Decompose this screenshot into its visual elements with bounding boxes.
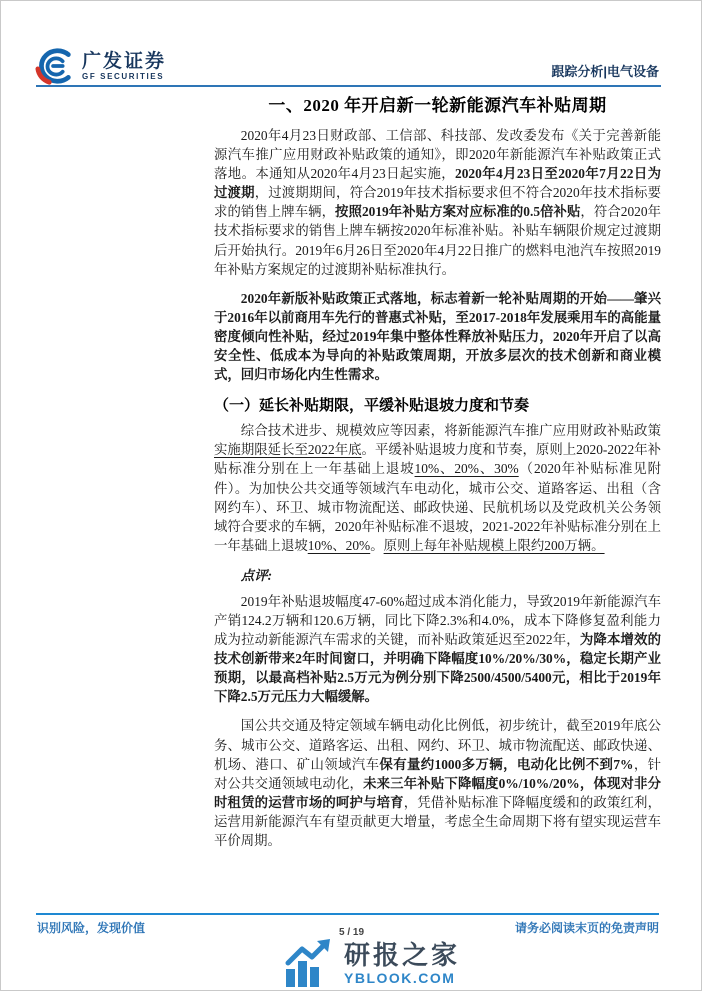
yblook-watermark-en: YBLOOK.COM [344, 971, 460, 985]
yblook-watermark-cn: 研报之家 [344, 942, 460, 968]
footer-slogan: 识别风险，发现价值 [37, 919, 145, 936]
report-category: 跟踪分析|电气设备 [551, 61, 659, 80]
text-run: 。 [370, 538, 383, 553]
gf-logo-text: 广发证券 GF SECURITIES [82, 52, 166, 81]
report-body: 一、2020 年开启新一轮新能源汽车补贴周期 2020年4月23日财政部、工信部… [214, 91, 661, 860]
yblook-watermark-text: 研报之家 YBLOOK.COM [344, 942, 460, 985]
page-number: 5 / 19 [339, 927, 364, 938]
text-run-bold: 保有量约1000多万辆，电动化比例不到7% [379, 757, 633, 772]
text-run-underline: 10%、20% [308, 538, 370, 553]
yblook-watermark: 研报之家 YBLOOK.COM [284, 939, 460, 987]
paragraph-comment-2: 国公共交通及特定领域车辆电动化比例低，初步统计，截至2019年底公务、城市公交、… [214, 716, 661, 850]
gf-securities-logo: 广发证券 GF SECURITIES [34, 46, 166, 86]
paragraph-policy-release: 2020年4月23日财政部、工信部、科技部、发改委发布《关于完善新能源汽车推广应… [214, 126, 661, 279]
bar-chart-arrow-icon [284, 939, 336, 987]
comment-label: 点评: [214, 565, 661, 584]
gf-logo-en: GF SECURITIES [82, 73, 166, 81]
text-run-underline: 原则上每年补贴规模上限约200万辆。 [384, 538, 605, 553]
gf-logo-icon [34, 46, 76, 86]
text-run-bold: 2020年新版补贴政策正式落地，标志着新一轮补贴周期的开始——肇兴于2016年以… [214, 291, 661, 382]
footer-divider [36, 913, 659, 915]
section-title: 一、2020 年开启新一轮新能源汽车补贴周期 [214, 91, 661, 116]
text-run-underline: 10%、20%、30% [415, 461, 519, 476]
text-run-underline: 实施期限延长至2022年底 [214, 442, 362, 457]
text-run-bold: 按照2019年补贴方案对应标准的0.5倍补贴 [335, 204, 580, 219]
gf-logo-cn: 广发证券 [82, 52, 166, 71]
text-run: 综合技术进步、规模效应等因素，将新能源汽车推广应用财政补贴政策 [241, 423, 661, 438]
report-page: 广发证券 GF SECURITIES 跟踪分析|电气设备 一、2020 年开启新… [0, 0, 702, 991]
paragraph-new-cycle: 2020年新版补贴政策正式落地，标志着新一轮补贴周期的开始——肇兴于2016年以… [214, 289, 661, 384]
paragraph-subsidy-extension: 综合技术进步、规模效应等因素，将新能源汽车推广应用财政补贴政策实施期限延长至20… [214, 421, 661, 555]
footer-disclaimer-note: 请务必阅读末页的免责声明 [515, 919, 659, 936]
subsection-heading: （一）延长补贴期限，平缓补贴退坡力度和节奏 [214, 394, 661, 415]
header-divider [36, 85, 661, 87]
paragraph-comment-1: 2019年补贴退坡幅度47-60%超过成本消化能力，导致2019年新能源汽车产销… [214, 592, 661, 707]
